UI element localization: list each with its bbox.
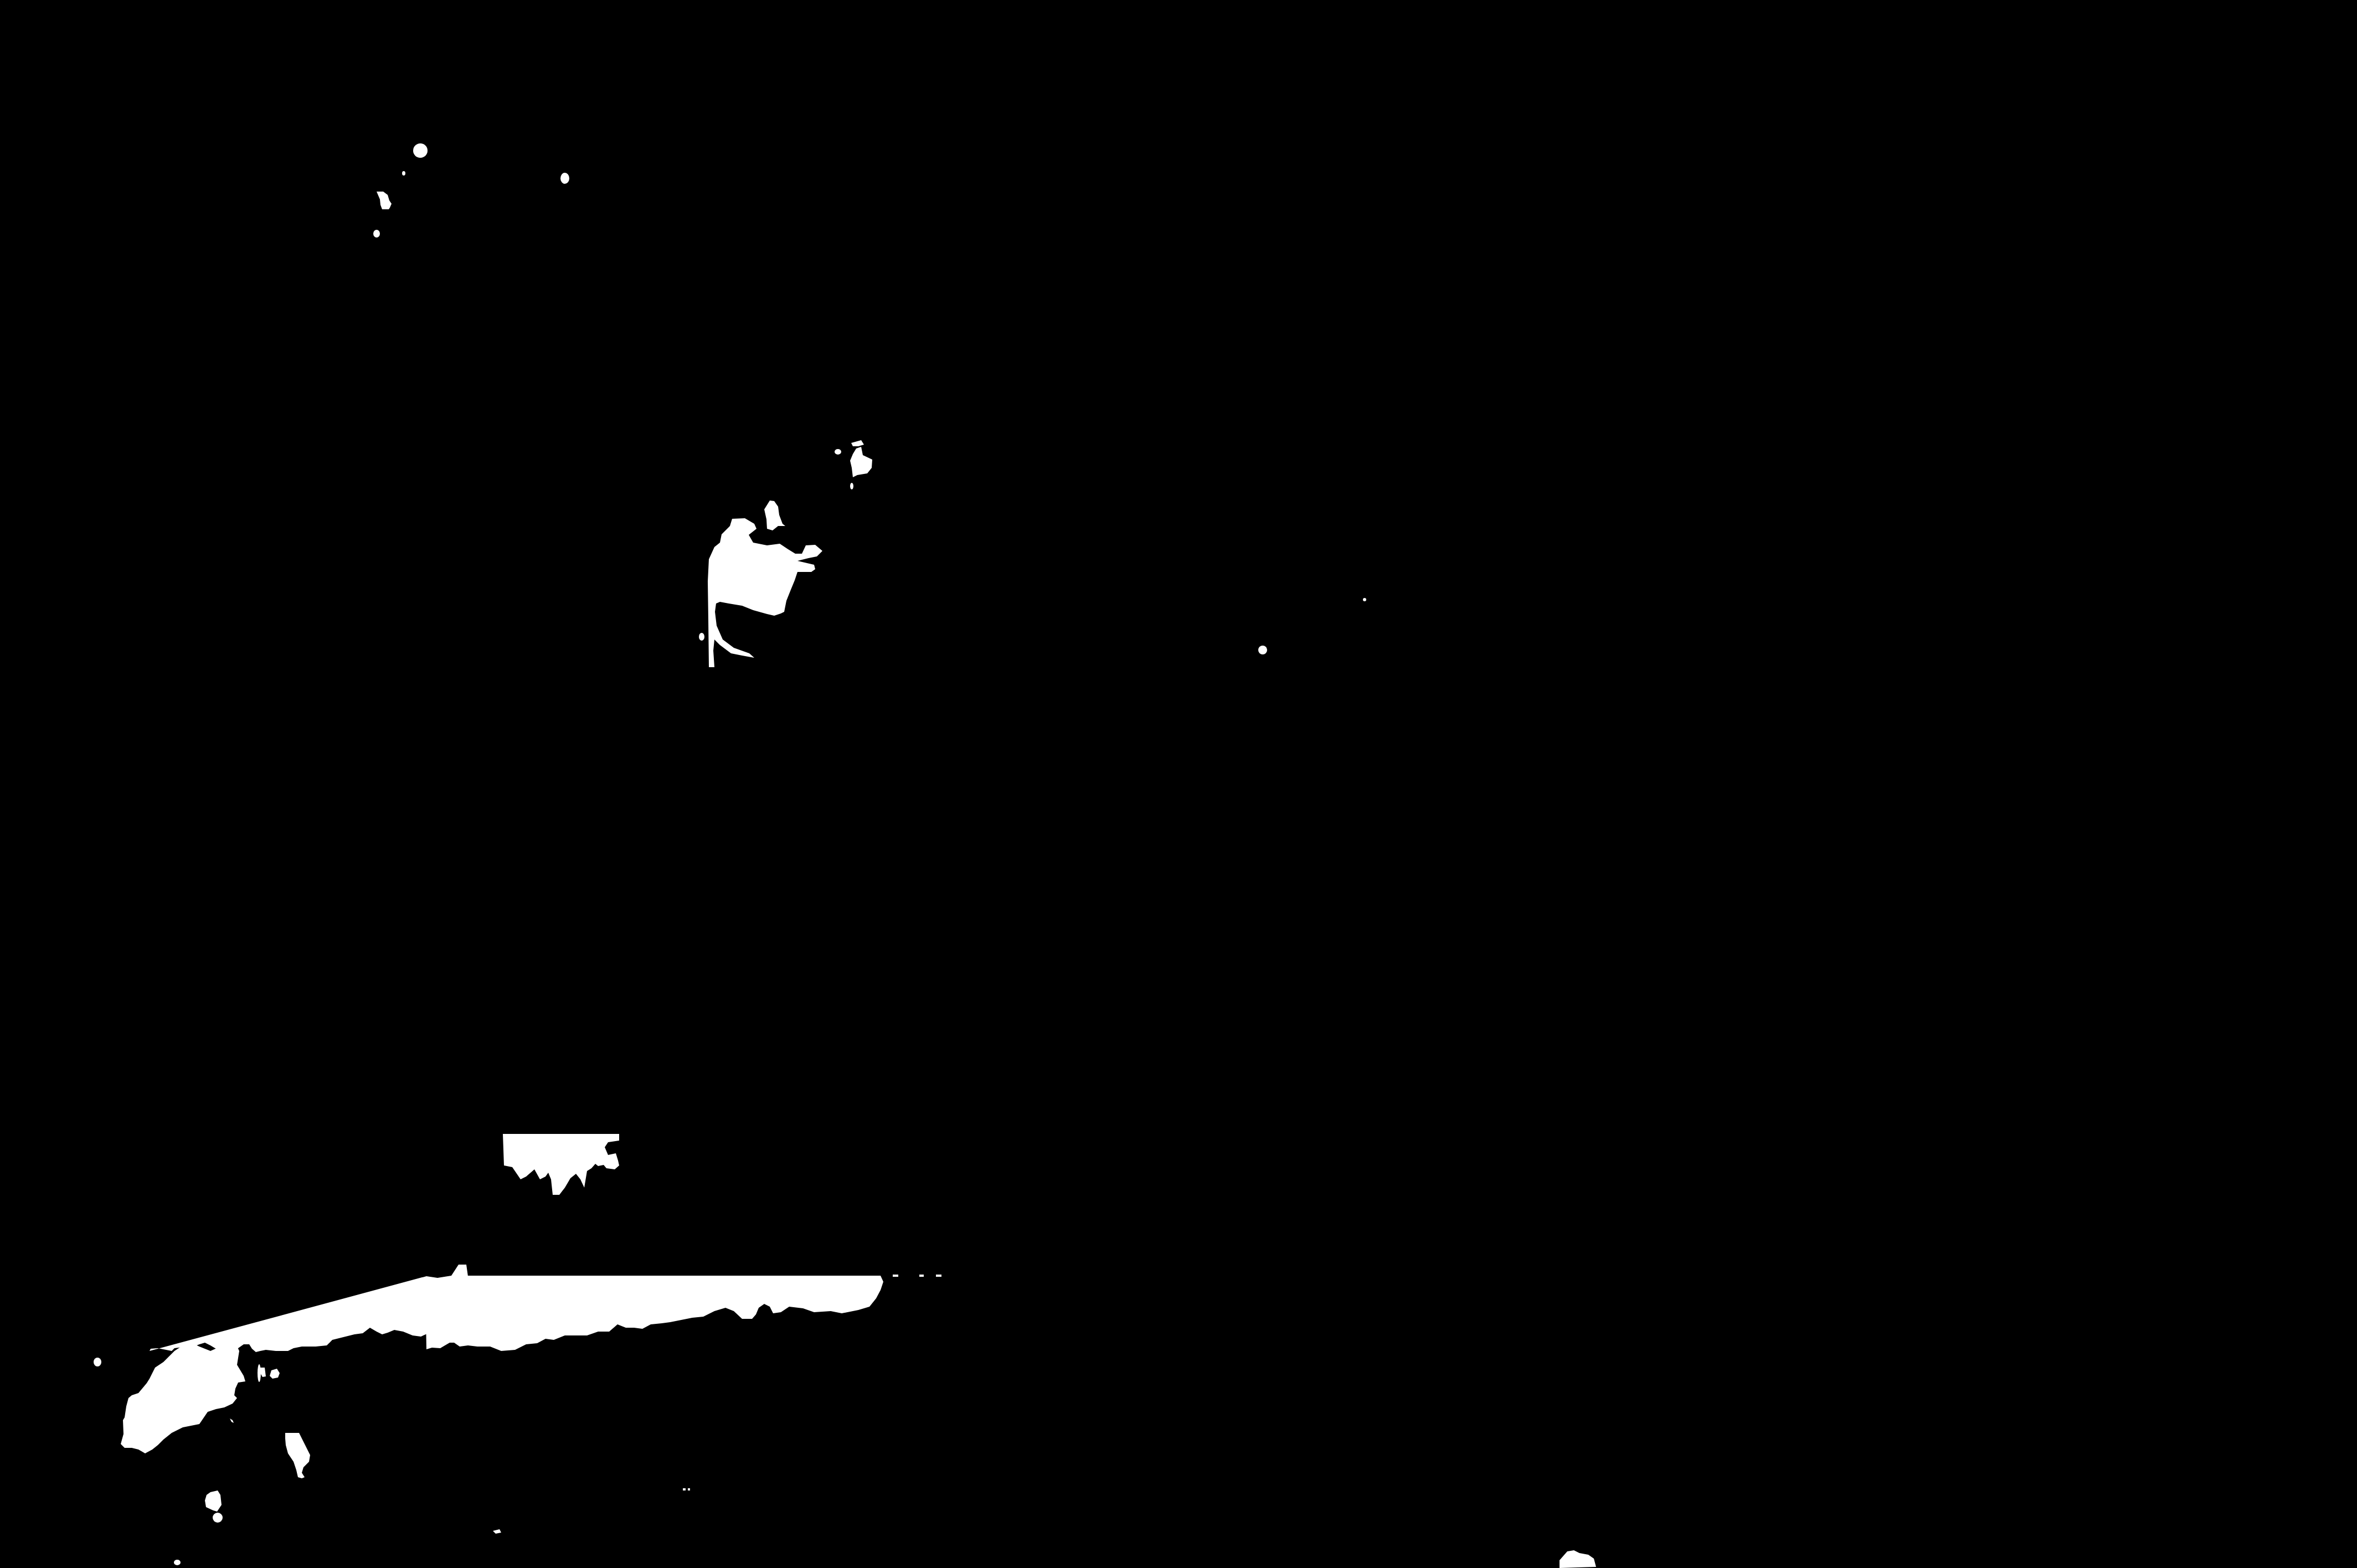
mask-blob <box>699 633 704 641</box>
mask-blob <box>174 1560 181 1565</box>
mask-blob <box>373 230 380 238</box>
mask-blob <box>1258 646 1267 654</box>
mask-blob <box>919 1275 924 1277</box>
mask-blob <box>560 173 569 184</box>
mask-blob <box>1363 598 1366 601</box>
mask-blob <box>893 1275 898 1277</box>
mask-blob <box>683 1488 686 1490</box>
mask-blob <box>936 1275 941 1277</box>
mask-blob <box>213 1513 223 1523</box>
mask-blob <box>835 449 841 455</box>
mask-blob <box>94 1358 101 1366</box>
mask-blob <box>688 1488 690 1490</box>
mask-blob <box>850 483 853 489</box>
mask-blob <box>413 143 428 158</box>
segmentation-mask <box>0 0 2357 1568</box>
mask-blob <box>402 171 405 176</box>
